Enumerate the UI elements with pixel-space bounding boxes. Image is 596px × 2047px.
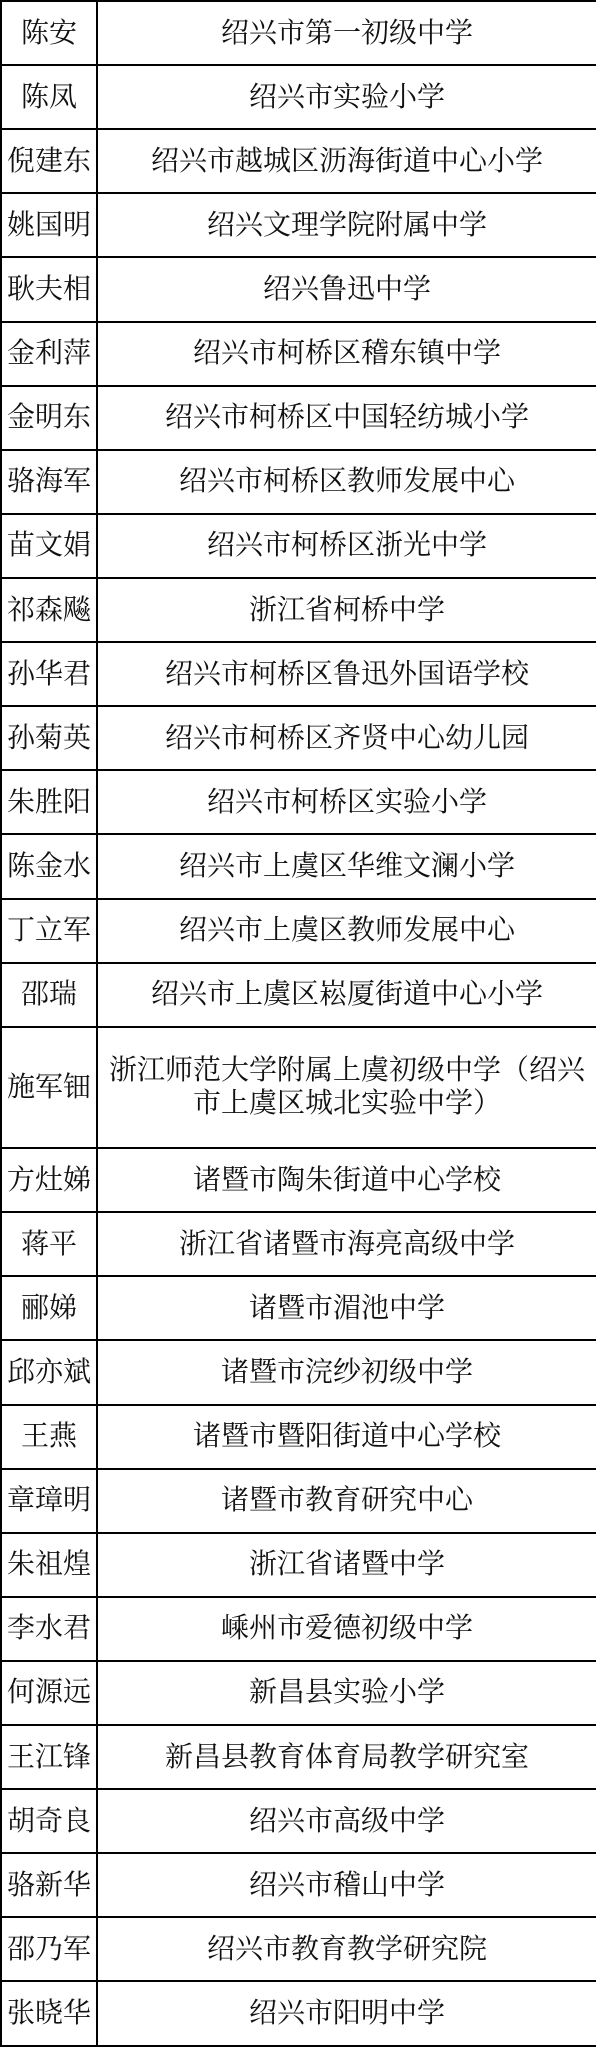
teacher-name-cell: 章璋明	[1, 1469, 97, 1533]
table-row: 邱亦斌 诸暨市浣纱初级中学	[1, 1340, 596, 1404]
table-row: 姚国明 绍兴文理学院附属中学	[1, 193, 596, 257]
teacher-name-cell: 施军钿	[1, 1027, 97, 1148]
teacher-name-cell: 王江锋	[1, 1725, 97, 1789]
school-name-cell: 绍兴市上虞区华维文澜小学	[97, 834, 596, 898]
table-row: 骆新华 绍兴市稽山中学	[1, 1853, 596, 1917]
teacher-name-cell: 蒋平	[1, 1212, 97, 1276]
table-row: 朱胜阳 绍兴市柯桥区实验小学	[1, 770, 596, 834]
teacher-name-cell: 骆新华	[1, 1853, 97, 1917]
school-name-cell: 诸暨市教育研究中心	[97, 1469, 596, 1533]
table-row: 孙华君 绍兴市柯桥区鲁迅外国语学校	[1, 642, 596, 706]
table-row: 章璋明 诸暨市教育研究中心	[1, 1469, 596, 1533]
school-name-cell: 绍兴市教育教学研究院	[97, 1917, 596, 1981]
school-name-cell: 绍兴市柯桥区中国轻纺城小学	[97, 386, 596, 450]
table-row: 丁立军 绍兴市上虞区教师发展中心	[1, 899, 596, 963]
table-row: 陈安 绍兴市第一初级中学	[1, 1, 596, 65]
school-name-cell: 绍兴市柯桥区浙光中学	[97, 514, 596, 578]
school-name-cell: 绍兴市第一初级中学	[97, 1, 596, 65]
table-row: 胡奇良 绍兴市高级中学	[1, 1789, 596, 1853]
teacher-name-cell: 方灶娣	[1, 1148, 97, 1212]
teacher-name-cell: 陈凤	[1, 65, 97, 129]
school-name-cell: 绍兴市柯桥区教师发展中心	[97, 450, 596, 514]
teacher-name-cell: 丁立军	[1, 899, 97, 963]
teacher-name-cell: 孙菊英	[1, 706, 97, 770]
teacher-school-table: 陈安 绍兴市第一初级中学 陈凤 绍兴市实验小学 倪建东 绍兴市越城区沥海街道中心…	[0, 0, 596, 2047]
table-row: 蒋平 浙江省诸暨市海亮高级中学	[1, 1212, 596, 1276]
school-name-cell: 嵊州市爱德初级中学	[97, 1597, 596, 1661]
school-name-cell: 新昌县实验小学	[97, 1661, 596, 1725]
teacher-name-cell: 邱亦斌	[1, 1340, 97, 1404]
teacher-name-cell: 郦娣	[1, 1276, 97, 1340]
table-row: 王江锋 新昌县教育体育局教学研究室	[1, 1725, 596, 1789]
school-name-cell: 诸暨市暨阳街道中心学校	[97, 1405, 596, 1469]
table-row: 金明东 绍兴市柯桥区中国轻纺城小学	[1, 386, 596, 450]
table-row: 施军钿 浙江师范大学附属上虞初级中学（绍兴市上虞区城北实验中学）	[1, 1027, 596, 1148]
teacher-name-cell: 金利萍	[1, 322, 97, 386]
teacher-name-cell: 朱祖煌	[1, 1533, 97, 1597]
school-name-cell: 绍兴市实验小学	[97, 65, 596, 129]
school-name-cell: 绍兴市柯桥区稽东镇中学	[97, 322, 596, 386]
table-row: 孙菊英 绍兴市柯桥区齐贤中心幼儿园	[1, 706, 596, 770]
table-row: 李水君 嵊州市爱德初级中学	[1, 1597, 596, 1661]
school-name-cell: 诸暨市湄池中学	[97, 1276, 596, 1340]
teacher-name-cell: 苗文娟	[1, 514, 97, 578]
teacher-name-cell: 张晓华	[1, 1981, 97, 2046]
teacher-name-cell: 胡奇良	[1, 1789, 97, 1853]
school-name-cell: 新昌县教育体育局教学研究室	[97, 1725, 596, 1789]
teacher-name-cell: 金明东	[1, 386, 97, 450]
teacher-name-cell: 孙华君	[1, 642, 97, 706]
table-row: 邵乃军 绍兴市教育教学研究院	[1, 1917, 596, 1981]
school-name-cell: 浙江省柯桥中学	[97, 578, 596, 642]
table-row: 金利萍 绍兴市柯桥区稽东镇中学	[1, 322, 596, 386]
school-name-cell: 浙江省诸暨市海亮高级中学	[97, 1212, 596, 1276]
table-row: 朱祖煌 浙江省诸暨中学	[1, 1533, 596, 1597]
table-row: 骆海军 绍兴市柯桥区教师发展中心	[1, 450, 596, 514]
school-name-cell: 绍兴文理学院附属中学	[97, 193, 596, 257]
school-name-cell: 绍兴市稽山中学	[97, 1853, 596, 1917]
school-name-cell: 绍兴市上虞区崧厦街道中心小学	[97, 963, 596, 1027]
school-name-cell: 绍兴市柯桥区实验小学	[97, 770, 596, 834]
table-row: 王燕 诸暨市暨阳街道中心学校	[1, 1405, 596, 1469]
school-name-cell: 绍兴鲁迅中学	[97, 257, 596, 321]
table-row: 苗文娟 绍兴市柯桥区浙光中学	[1, 514, 596, 578]
teacher-name-cell: 耿夫相	[1, 257, 97, 321]
teacher-name-cell: 朱胜阳	[1, 770, 97, 834]
school-name-cell: 绍兴市柯桥区鲁迅外国语学校	[97, 642, 596, 706]
table-body: 陈安 绍兴市第一初级中学 陈凤 绍兴市实验小学 倪建东 绍兴市越城区沥海街道中心…	[1, 1, 596, 2046]
school-name-cell: 浙江师范大学附属上虞初级中学（绍兴市上虞区城北实验中学）	[97, 1027, 596, 1148]
teacher-name-cell: 祁森飚	[1, 578, 97, 642]
teacher-name-cell: 姚国明	[1, 193, 97, 257]
teacher-name-cell: 邵乃军	[1, 1917, 97, 1981]
teacher-name-cell: 骆海军	[1, 450, 97, 514]
table-row: 张晓华 绍兴市阳明中学	[1, 1981, 596, 2046]
table-row: 郦娣 诸暨市湄池中学	[1, 1276, 596, 1340]
table-row: 何源远 新昌县实验小学	[1, 1661, 596, 1725]
school-name-cell: 诸暨市陶朱街道中心学校	[97, 1148, 596, 1212]
school-name-cell: 浙江省诸暨中学	[97, 1533, 596, 1597]
table-row: 耿夫相 绍兴鲁迅中学	[1, 257, 596, 321]
table-row: 方灶娣 诸暨市陶朱街道中心学校	[1, 1148, 596, 1212]
teacher-name-cell: 李水君	[1, 1597, 97, 1661]
table-row: 倪建东 绍兴市越城区沥海街道中心小学	[1, 129, 596, 193]
teacher-name-cell: 陈安	[1, 1, 97, 65]
school-name-cell: 绍兴市柯桥区齐贤中心幼儿园	[97, 706, 596, 770]
teacher-name-cell: 邵瑞	[1, 963, 97, 1027]
teacher-name-cell: 何源远	[1, 1661, 97, 1725]
table-row: 陈凤 绍兴市实验小学	[1, 65, 596, 129]
table-row: 邵瑞 绍兴市上虞区崧厦街道中心小学	[1, 963, 596, 1027]
school-name-cell: 绍兴市阳明中学	[97, 1981, 596, 2046]
teacher-name-cell: 陈金水	[1, 834, 97, 898]
school-name-cell: 绍兴市越城区沥海街道中心小学	[97, 129, 596, 193]
school-name-cell: 绍兴市高级中学	[97, 1789, 596, 1853]
school-name-cell: 诸暨市浣纱初级中学	[97, 1340, 596, 1404]
table-row: 祁森飚 浙江省柯桥中学	[1, 578, 596, 642]
school-name-cell: 绍兴市上虞区教师发展中心	[97, 899, 596, 963]
table-row: 陈金水 绍兴市上虞区华维文澜小学	[1, 834, 596, 898]
teacher-name-cell: 王燕	[1, 1405, 97, 1469]
teacher-name-cell: 倪建东	[1, 129, 97, 193]
